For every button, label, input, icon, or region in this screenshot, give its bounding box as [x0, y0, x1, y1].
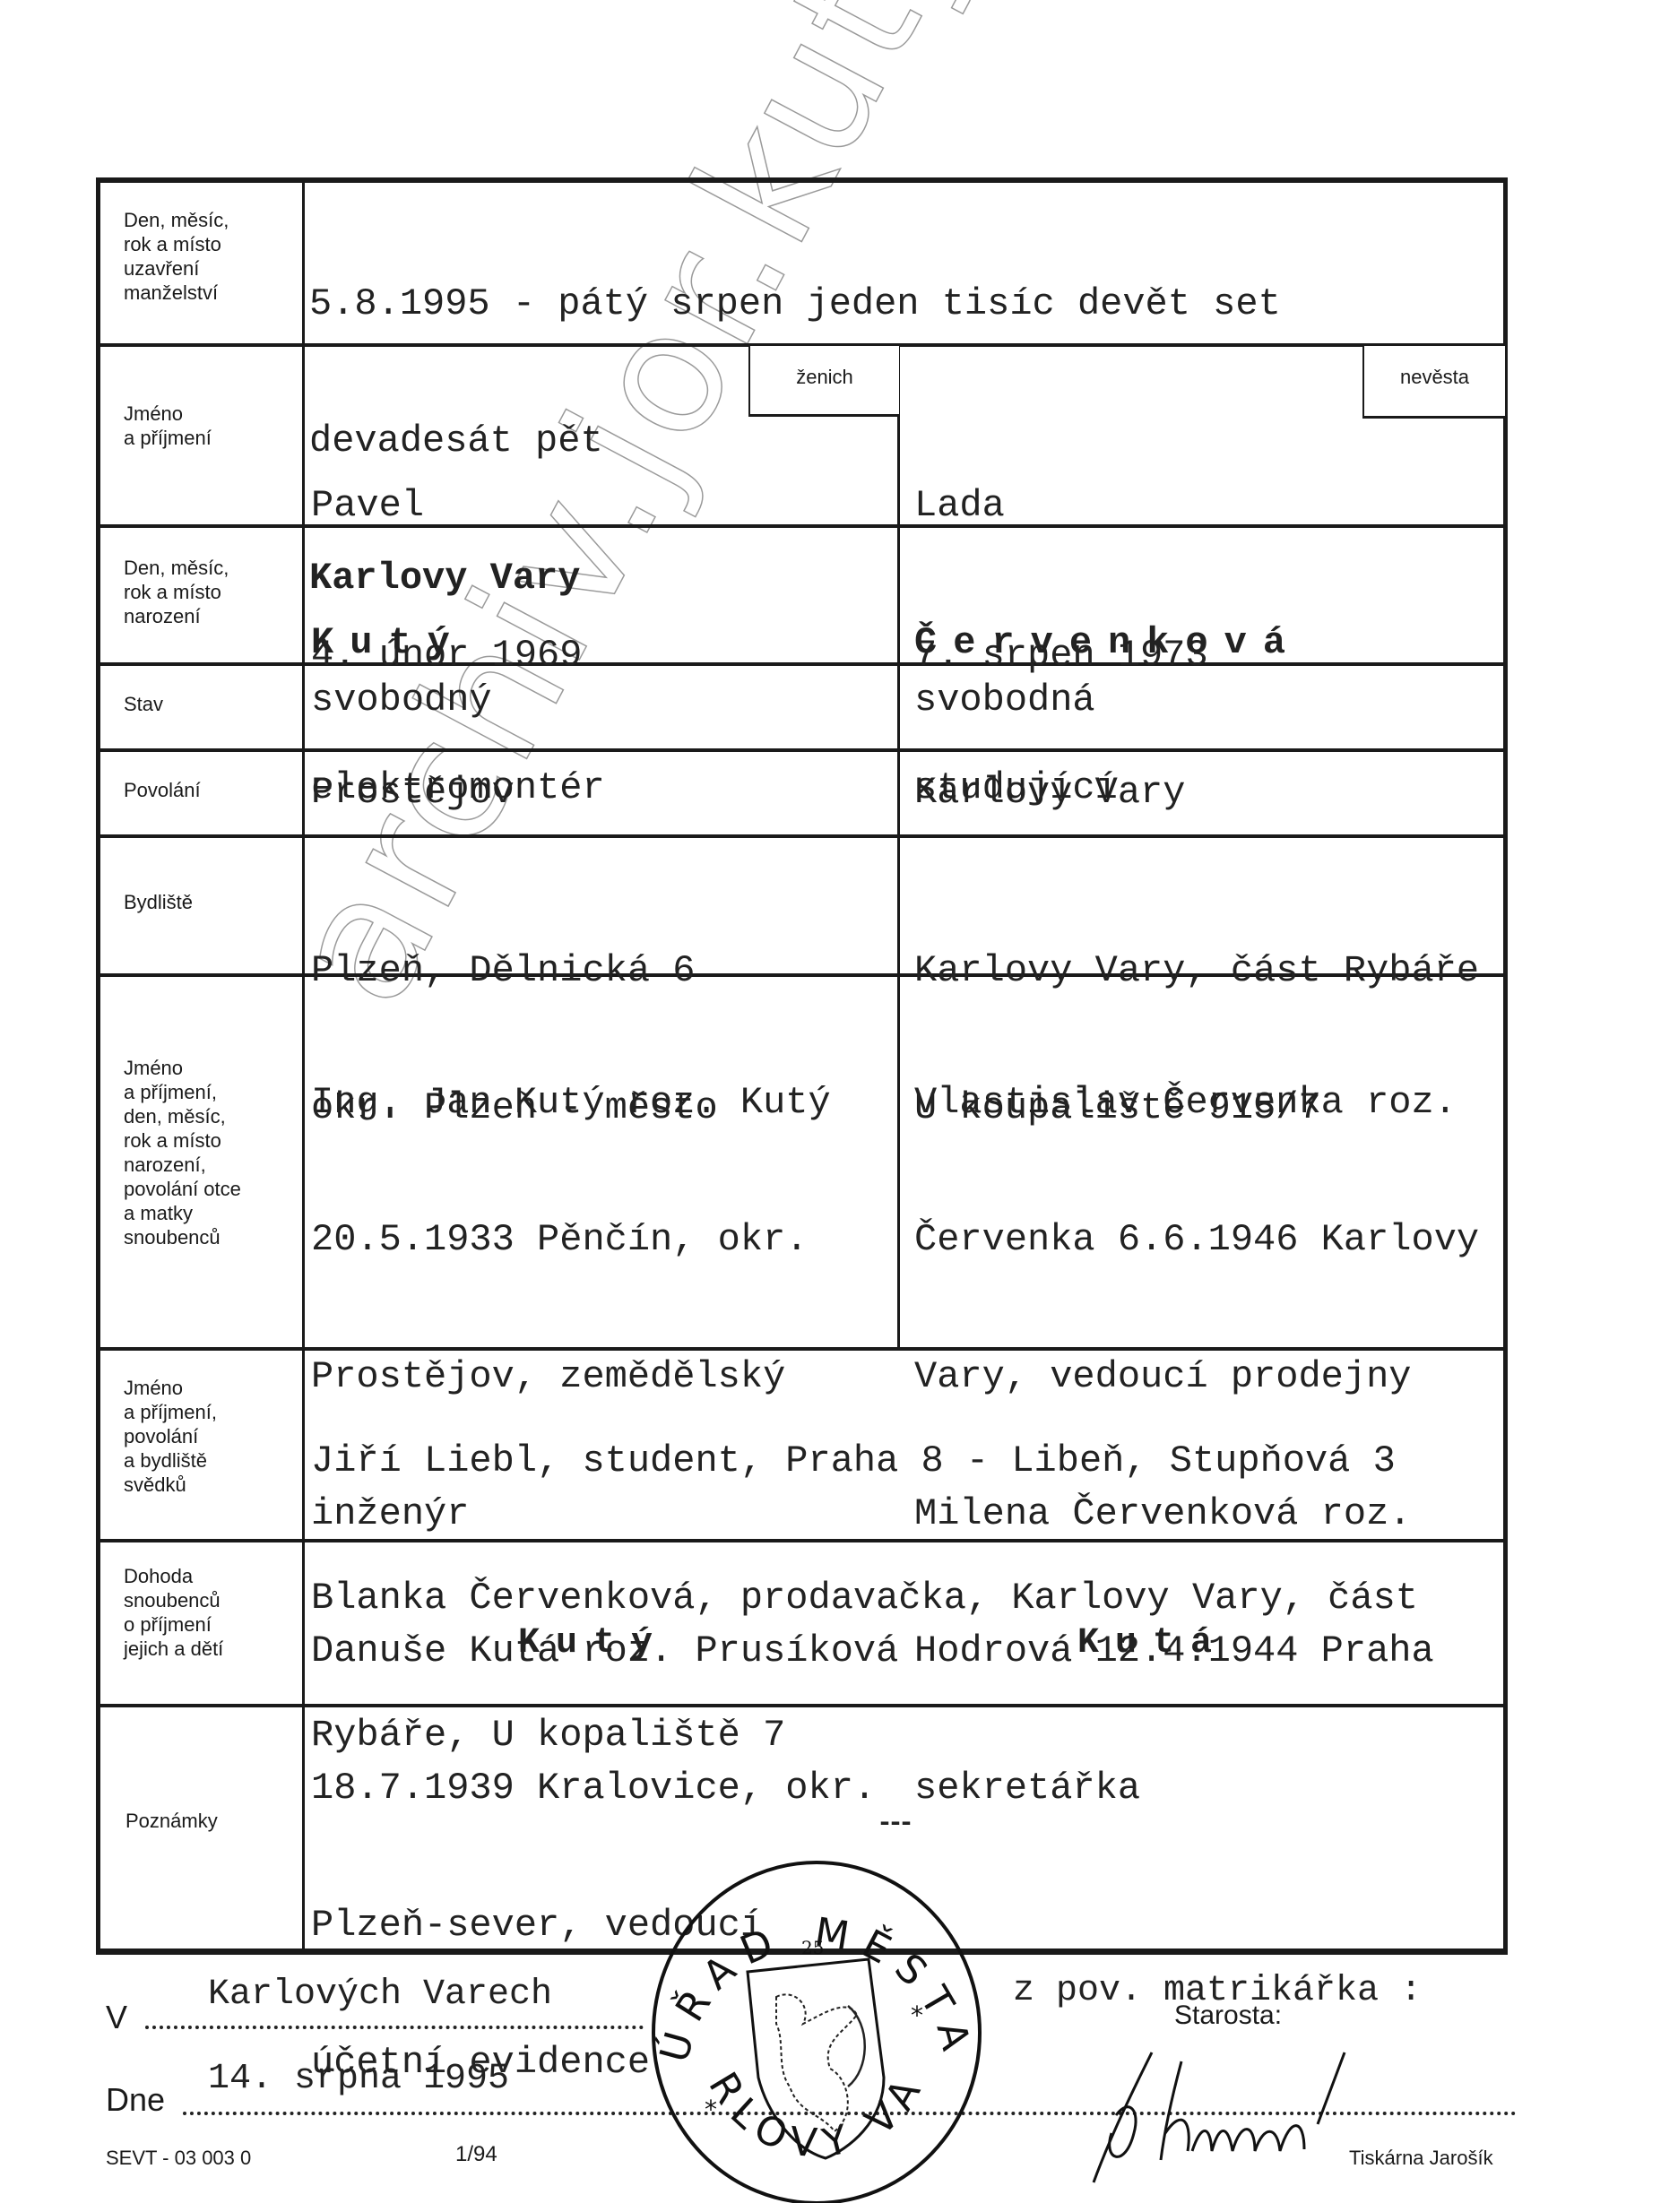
label-line: Dohoda [124, 1564, 223, 1588]
witness-line: Jiří Liebl, student, Praha 8 - Libeň, St… [311, 1439, 1418, 1484]
groom-occupation: elektromontér [311, 765, 605, 811]
place-prefix: V [106, 1999, 127, 2036]
stamp-star-icon: * [705, 2095, 717, 2124]
bride-parents-line: Vlastislav Červenka roz. [914, 1080, 1479, 1126]
label-line: Jméno [124, 402, 212, 426]
label-line: a příjmení [124, 426, 212, 450]
bride-tag: nevěsta [1364, 366, 1505, 389]
label-column-divider [302, 177, 305, 1955]
stamp-star-icon: * [911, 2000, 923, 2030]
label-birth: Den, měsíc, rok a místo narození [124, 556, 229, 628]
label-parents: Jméno a příjmení, den, měsíc, rok a míst… [124, 1056, 241, 1249]
bride-first-name: Lada [914, 483, 1302, 529]
witness-line: Rybáře, U kopaliště 7 [311, 1713, 1418, 1758]
label-line: den, měsíc, [124, 1104, 241, 1128]
label-line: a matky [124, 1201, 241, 1225]
bride-agreed-surname: Kutá [1077, 1620, 1228, 1666]
bride-residence-line: Karlovy Vary, část Rybáře [914, 948, 1479, 994]
bride-occupation: studující [914, 765, 1118, 811]
groom-tag: ženich [750, 366, 899, 389]
groom-parents-line: Ing. Jan Kutý roz. Kutý [311, 1080, 898, 1126]
label-line: Jméno [124, 1056, 241, 1080]
date-value: 14. srpna 1995 [208, 2056, 509, 2102]
label-surname-agreement: Dohoda snoubenců o příjmení jejich a dět… [124, 1564, 223, 1661]
form-edition: 1/94 [455, 2142, 497, 2167]
label-line: snoubenců [124, 1225, 241, 1249]
label-occupation: Povolání [124, 778, 201, 802]
bride-tag-box: nevěsta [1362, 346, 1505, 419]
label-line: manželství [124, 281, 229, 305]
stamp-number: 25 [801, 1937, 824, 1958]
label-line: o příjmení [124, 1612, 223, 1637]
groom-agreed-surname: Kutý [518, 1620, 669, 1666]
label-line: svědků [124, 1473, 217, 1497]
label-witnesses: Jméno a příjmení, povolání a bydliště sv… [124, 1376, 217, 1497]
groom-residence-line: Plzeň, Dělnická 6 [311, 948, 718, 994]
label-line: rok a místo [124, 1128, 241, 1153]
bride-status: svobodná [914, 678, 1095, 723]
label-line: a příjmení, [124, 1080, 241, 1104]
place-value: Karlových Varech [208, 1972, 552, 2018]
label-line: uzavření [124, 256, 229, 281]
label-line: a bydliště [124, 1448, 217, 1473]
date-prefix: Dne [106, 2081, 165, 2119]
label-line: Den, měsíc, [124, 208, 229, 232]
label-line: Den, měsíc, [124, 556, 229, 580]
svg-text:ÚŘAD MĚSTA: ÚŘAD MĚSTA [650, 1909, 982, 2067]
signature [1076, 2026, 1398, 2205]
label-line: Jméno [124, 1376, 217, 1400]
bride-parents-line: Červenka 6.6.1946 Karlovy [914, 1217, 1479, 1263]
label-line: povolání otce [124, 1177, 241, 1201]
groom-birth-date: 4. únor 1969 [311, 633, 582, 678]
label-notes: Poznámky [125, 1809, 218, 1833]
label-line: rok a místo [124, 232, 229, 256]
label-status: Stav [124, 692, 163, 716]
label-name: Jméno a příjmení [124, 402, 212, 450]
bride-birth-date: 7. srpen 1973 [914, 633, 1208, 678]
label-line: jejich a dětí [124, 1637, 223, 1661]
table-left-border [96, 177, 100, 1955]
witness-line: Blanka Červenková, prodavačka, Karlovy V… [311, 1576, 1418, 1621]
groom-parents-line: 20.5.1933 Pěnčín, okr. [311, 1217, 898, 1263]
table-top-border [96, 177, 1508, 183]
label-line: narození, [124, 1153, 241, 1177]
groom-first-name: Pavel [311, 483, 466, 529]
label-line: snoubenců [124, 1588, 223, 1612]
table-right-border [1503, 177, 1508, 1955]
label-line: a příjmení, [124, 1400, 217, 1424]
witnesses: Jiří Liebl, student, Praha 8 - Libeň, St… [311, 1347, 1418, 1804]
label-residence: Bydliště [124, 890, 193, 914]
form-code: SEVT - 03 003 0 [106, 2147, 251, 2170]
marriage-date-line: 5.8.1995 - pátý srpen jeden tisíc devět … [309, 281, 1281, 327]
row-separator [96, 834, 1508, 838]
official-stamp: ÚŘAD MĚSTA KARLOVY VARY 25 * * [642, 1845, 991, 2203]
label-line: narození [124, 604, 229, 628]
label-line: povolání [124, 1424, 217, 1448]
place-dotted-line [145, 2026, 644, 2029]
groom-tag-box: ženich [748, 346, 899, 417]
label-line: rok a místo [124, 580, 229, 604]
stamp-top-text: ÚŘAD MĚSTA [650, 1909, 982, 2067]
label-marriage: Den, měsíc, rok a místo uzavření manžels… [124, 208, 229, 305]
row-separator [96, 748, 1508, 752]
notes-value: --- [877, 1802, 909, 1847]
groom-status: svobodný [311, 678, 492, 723]
